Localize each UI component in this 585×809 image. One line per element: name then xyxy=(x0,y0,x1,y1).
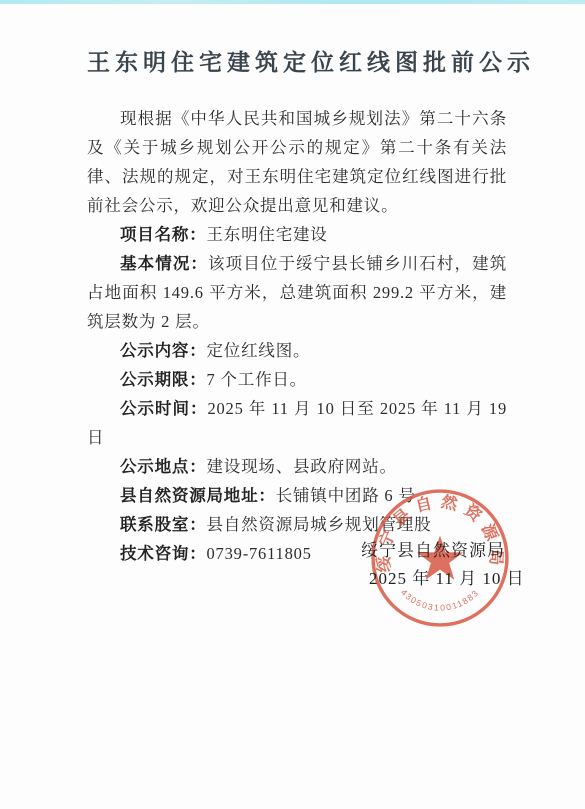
field-label: 公示期限： xyxy=(120,370,207,389)
field-label: 技术咨询： xyxy=(120,544,207,563)
field-label: 公示内容： xyxy=(120,341,207,360)
field-row-project-name: 项目名称：王东明住宅建设 xyxy=(87,220,507,249)
field-row-notice-time: 公示时间：2025 年 11 月 10 日至 2025 年 11 月 19 日 xyxy=(87,394,507,452)
field-row-notice-content: 公示内容：定位红线图。 xyxy=(87,336,507,365)
field-row-basic-info: 基本情况：该项目位于绥宁县长铺乡川石村，建筑占地面积 149.6 平方米，总建筑… xyxy=(87,249,507,336)
signature-date: 2025 年 11 月 10 日 xyxy=(369,564,525,589)
document-page: 王东明住宅建筑定位红线图批前公示 现根据《中华人民共和国城乡规划法》第二十六条及… xyxy=(0,0,585,809)
svg-text:43050310011883: 43050310011883 xyxy=(399,587,481,613)
field-label: 联系股室： xyxy=(120,515,207,534)
field-value: 建设现场、县政府网站。 xyxy=(207,457,397,476)
notice-content: 王东明住宅建筑定位红线图批前公示 现根据《中华人民共和国城乡规划法》第二十六条及… xyxy=(0,0,585,568)
page-title: 王东明住宅建筑定位红线图批前公示 xyxy=(87,48,507,78)
field-label: 公示地点： xyxy=(120,457,207,476)
field-value: 0739-7611805 xyxy=(207,544,312,563)
field-value: 7 个工作日。 xyxy=(207,370,307,389)
field-label: 县自然资源局地址： xyxy=(120,486,276,505)
signature-org: 绥宁县自然资源局 xyxy=(361,536,505,561)
field-label: 公示时间： xyxy=(120,399,207,418)
seal-code: 43050310011883 xyxy=(399,587,481,613)
field-row-notice-location: 公示地点：建设现场、县政府网站。 xyxy=(87,452,507,481)
field-value: 定位红线图。 xyxy=(207,341,311,360)
field-label: 基本情况： xyxy=(120,254,208,273)
field-label: 项目名称： xyxy=(120,225,207,244)
field-row-notice-period: 公示期限：7 个工作日。 xyxy=(87,365,507,394)
intro-paragraph: 现根据《中华人民共和国城乡规划法》第二十六条及《关于城乡规划公开公示的规定》第二… xyxy=(87,104,507,220)
field-value: 王东明住宅建设 xyxy=(207,225,328,244)
